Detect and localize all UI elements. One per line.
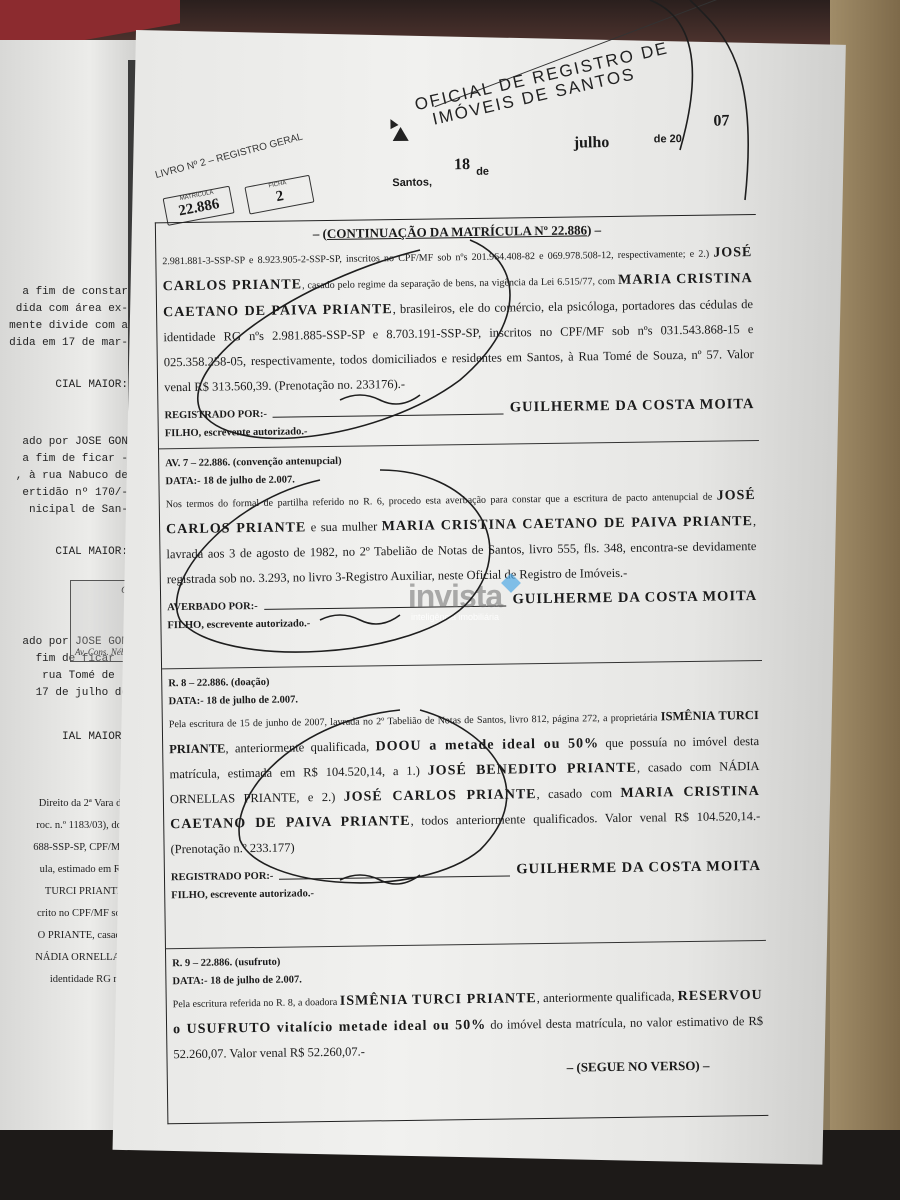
ficha-value: 2 (275, 188, 285, 205)
left-page-text-fragment: dida em 17 de mar- (9, 336, 128, 350)
text: 2.981.881-3-SSP-SP e 8.923.905-2-SSP-SP,… (162, 249, 713, 268)
signature-label: REGISTRADO POR:- (171, 868, 274, 887)
left-page-text-fragment: NÁDIA ORNELLAS (0, 949, 126, 967)
text: , casado com (536, 786, 620, 801)
date-year: 07 (713, 112, 729, 130)
date-month: julho (574, 134, 610, 152)
left-page-text-fragment: rua Tomé de - (42, 669, 128, 683)
watermark-tagline: inteligência imobiliária (380, 612, 530, 622)
matricula-box: MATRÍCULA 22.886 (163, 186, 235, 226)
continuation-title-text: CONTINUAÇÃO DA MATRÍCULA Nº 22.886 (327, 222, 587, 241)
signer-name: GUILHERME DA COSTA MOITA (510, 392, 755, 420)
left-page-text-fragment: crito no CPF/MF sob (0, 905, 126, 923)
left-page-text-fragment: dida com área ex- (16, 302, 128, 316)
office-title: OFICIAL DE REGISTRO DE IMÓVEIS DE SANTOS (413, 39, 674, 132)
left-page-text-fragment: identidade RG nºs (0, 971, 126, 989)
signature-label: REGISTRADO POR:- (164, 406, 267, 425)
continues-on-back: – (SEGUE NO VERSO) – (567, 1058, 710, 1076)
text: e sua mulher (306, 519, 382, 534)
text: , anteriormente qualificada, (537, 989, 678, 1005)
left-page-text-fragment: , à rua Nabuco de (16, 469, 128, 483)
watermark: invista inteligência imobiliária (380, 580, 530, 622)
text: Nos termos do formal de partilha referid… (166, 492, 717, 511)
registry-logo-icon (388, 117, 410, 143)
date-city: Santos, (392, 177, 432, 190)
left-page-text-fragment: TURCI PRIANTE, (0, 883, 126, 901)
left-page-text-fragment: ertidão nº 170/- (22, 486, 128, 500)
name-bold: JOSÉ CARLOS PRIANTE (344, 787, 537, 805)
ficha-box: FICHA 2 (244, 175, 314, 215)
left-page-text-fragment: 688-SSP-SP, CPF/MF (0, 839, 126, 857)
donation-bold: DOOU a metade ideal ou 50% (375, 736, 599, 754)
left-page-text-fragment: ula, estimado em R$ (0, 861, 126, 879)
left-page-text-fragment: roc. n.º 1183/03), dos (0, 817, 126, 835)
text: Pela escritura referida no R. 8, a doado… (173, 997, 340, 1010)
left-page-text-fragment: a fim de constar (22, 285, 128, 299)
text: , anteriormente qualificada, (225, 739, 375, 755)
section-body: Pela escritura referida no R. 8, a doado… (173, 983, 764, 1067)
date-day: 18 (454, 156, 470, 174)
text: Pela escritura de 15 de junho de 2007, l… (169, 712, 661, 730)
book-label: LIVRO Nº 2 – REGISTRO GERAL (154, 132, 304, 181)
left-page-text-fragment: ado por JOSE GON (22, 435, 128, 449)
name-bold: ISMÊNIA TURCI PRIANTE (340, 991, 537, 1009)
registry-frame: – (CONTINUAÇÃO DA MATRÍCULA Nº 22.886) –… (155, 214, 769, 1124)
left-page-text-fragment: Direito da 2ª Vara da (0, 795, 126, 813)
section-continuation: – (CONTINUAÇÃO DA MATRÍCULA Nº 22.886) –… (162, 215, 755, 443)
name-bold: MARIA CRISTINA CAETANO DE PAIVA PRIANTE (382, 514, 753, 534)
signature-line (273, 414, 504, 418)
left-page-text-fragment: nicipal de San- (29, 503, 128, 517)
section-r9: R. 9 – 22.886. (usufruto) DATA:- 18 de j… (172, 947, 764, 1067)
section-r8: R. 8 – 22.886. (doação) DATA:- 18 de jul… (168, 667, 761, 905)
section-body: Nos termos do formal de partilha referid… (166, 483, 757, 592)
signer-name: GUILHERME DA COSTA MOITA (512, 584, 757, 612)
left-page-text-fragment: IAL MAIOR: (62, 730, 128, 744)
left-page-text-fragment: 17 de julho de (36, 686, 128, 700)
left-page-text-fragment: CIAL MAIOR: (55, 545, 128, 559)
left-page-text-fragment: O PRIANTE, casado (0, 927, 126, 945)
left-page-text-fragment: CIAL MAIOR: (55, 378, 128, 392)
signature-line (279, 875, 510, 879)
text: , casado pelo regime da separação de ben… (302, 276, 618, 291)
section-body: 2.981.881-3-SSP-SP e 8.923.905-2-SSP-SP,… (162, 240, 754, 400)
registry-document: OFICIAL DE REGISTRO DE IMÓVEIS DE SANTOS… (154, 132, 754, 140)
left-page-text-fragment: a fim de ficar - (22, 452, 128, 466)
name-bold: JOSÉ BENEDITO PRIANTE (428, 761, 637, 779)
signer-name: GUILHERME DA COSTA MOITA (516, 854, 761, 882)
date-de: de (476, 166, 489, 178)
left-page-text-fragment: mente divide com a (9, 319, 128, 333)
signature-label: AVERBADO POR:- (167, 598, 258, 617)
section-body: Pela escritura de 15 de junho de 2007, l… (169, 703, 761, 862)
date-de-20: de 20 (654, 133, 682, 145)
